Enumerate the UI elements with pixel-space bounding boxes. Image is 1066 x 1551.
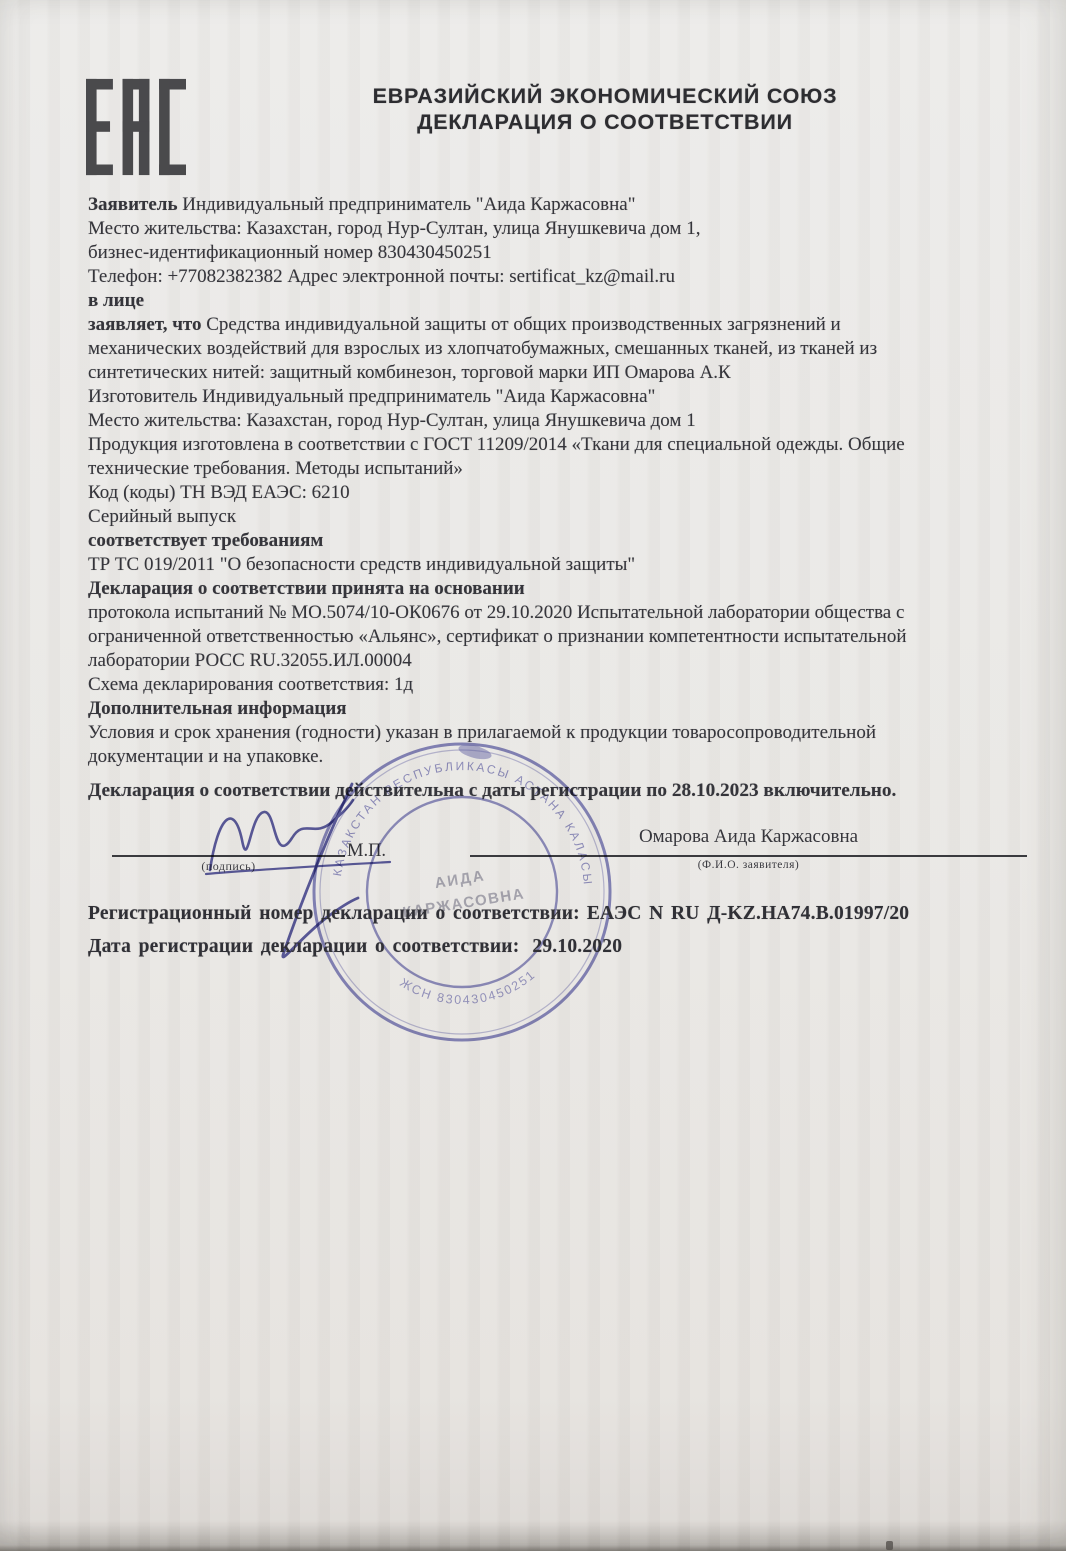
stamp-center-name-line1: АИДА: [433, 867, 486, 892]
document-title: ЕВРАЗИЙСКИЙ ЭКОНОМИЧЕСКИЙ СОЮЗ ДЕКЛАРАЦИ…: [175, 83, 1035, 135]
body-line: соответствует требованиям: [88, 529, 1000, 553]
body-line: лаборатории РОСС RU.32055.ИЛ.00004: [88, 649, 1000, 673]
body-line: Серийный выпуск: [88, 505, 1000, 529]
registration-number-value: ЕАЭС N RU Д-KZ.НА74.В.01997/20: [587, 903, 909, 924]
body-line: технические требования. Методы испытаний…: [88, 457, 1000, 481]
scanned-declaration-page: ЕВРАЗИЙСКИЙ ЭКОНОМИЧЕСКИЙ СОЮЗ ДЕКЛАРАЦИ…: [0, 0, 1066, 1551]
body-line: Продукция изготовлена в соответствии с Г…: [88, 433, 1000, 457]
body-line: Место жительства: Казахстан, город Нур-С…: [88, 217, 1000, 241]
title-declaration-line: ДЕКЛАРАЦИЯ О СООТВЕТСТВИИ: [175, 109, 1035, 135]
body-line: Телефон: +77082382382 Адрес электронной …: [88, 265, 1000, 289]
body-line: Дополнительная информация: [88, 697, 1000, 721]
body-line: Заявитель Индивидуальный предприниматель…: [88, 193, 1000, 217]
registration-number-label: Регистрационный номер декларации о соотв…: [88, 903, 580, 924]
body-line: синтетических нитей: защитный комбинезон…: [88, 361, 1000, 385]
body-line: Декларация о соответствии принята на осн…: [88, 577, 1000, 601]
body-line: бизнес-идентификационный номер 830430450…: [88, 241, 1000, 265]
body-line: Код (коды) ТН ВЭД ЕАЭС: 6210: [88, 481, 1000, 505]
body-line: Изготовитель Индивидуальный предпринимат…: [88, 385, 1000, 409]
body-line: заявляет, что Средства индивидуальной за…: [88, 313, 1000, 337]
body-line: в лице: [88, 289, 1000, 313]
registration-date-label: Дата регистрации декларации о соответств…: [88, 936, 519, 957]
document-body: Заявитель Индивидуальный предприниматель…: [88, 193, 1000, 769]
eac-mark-logo: [86, 78, 186, 176]
body-line: Место жительства: Казахстан, город Нур-С…: [88, 409, 1000, 433]
registration-date-value: 29.10.2020: [532, 936, 622, 957]
body-line: ТР ТС 019/2011 "О безопасности средств и…: [88, 553, 1000, 577]
title-union-line: ЕВРАЗИЙСКИЙ ЭКОНОМИЧЕСКИЙ СОЮЗ: [175, 83, 1035, 109]
registration-number-line: Регистрационный номер декларации о соотв…: [88, 903, 909, 925]
body-line: механических воздействий для взрослых из…: [88, 337, 1000, 361]
body-line: протокола испытаний № МО.5074/10-ОК0676 …: [88, 601, 1000, 625]
body-line: ограниченной ответственностью «Альянс», …: [88, 625, 1000, 649]
round-stamp: КАЗАКСТАН РЕСПУБЛИКАСЫ АСТАНА КАЛАСЫ ЖСН…: [303, 738, 621, 1046]
body-line: Схема декларирования соответствия: 1д: [88, 673, 1000, 697]
scan-artifact-speck: [886, 1541, 893, 1550]
registration-date-line: Дата регистрации декларации о соответств…: [88, 936, 622, 958]
